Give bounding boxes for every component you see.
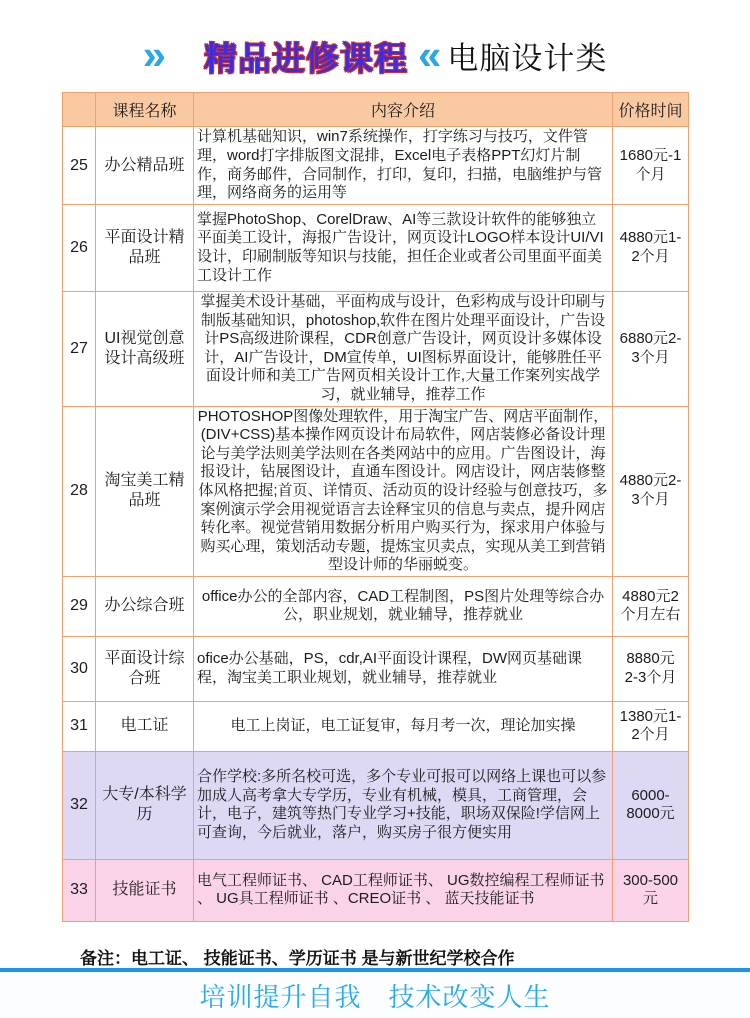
page-footer: 培训提升自我 技术改变人生	[0, 968, 750, 1018]
page-subtitle: 电脑设计类	[447, 43, 607, 74]
course-name: 电工证	[96, 701, 194, 751]
course-content: office办公的全部内容，CAD工程制图，PS图片处理等综合办公，职业规划，就…	[194, 576, 613, 636]
course-content: 合作学校:多所名校可选，多个专业可报可以网络上课也可以参加成人高考拿大专学历，专…	[194, 751, 613, 859]
course-number: 33	[63, 859, 96, 921]
course-number: 31	[63, 701, 96, 751]
slogan-bar: 培训提升自我 技术改变人生	[0, 972, 750, 1018]
table-row: 32大专/本科学历合作学校:多所名校可选，多个专业可报可以网络上课也可以参加成人…	[63, 751, 689, 859]
course-number: 32	[63, 751, 96, 859]
course-name: 技能证书	[96, 859, 194, 921]
course-content: 电气工程师证书、 CAD工程师证书、 UG数控编程工程师证书 、 UG具工程师证…	[194, 859, 613, 921]
course-price: 1680元-1个月	[613, 127, 689, 205]
course-number: 27	[63, 292, 96, 407]
course-table: 课程名称 内容介绍 价格时间 25办公精品班计算机基础知识，win7系统操作，打…	[62, 92, 689, 922]
course-price: 4880元1-2个月	[613, 205, 689, 292]
course-name: 办公精品班	[96, 127, 194, 205]
course-number: 26	[63, 205, 96, 292]
double-chevron-right-icon: »	[143, 34, 166, 76]
column-header-index	[63, 93, 96, 127]
course-content: 计算机基础知识，win7系统操作，打字练习与技巧，文件管理，word打字排版图文…	[194, 127, 613, 205]
page-header: » 精品进修课程 « 电脑设计类	[0, 0, 750, 84]
table-row: 26平面设计精品班掌握PhotoShop、CorelDraw、AI等三款设计软件…	[63, 205, 689, 292]
course-number: 29	[63, 576, 96, 636]
course-content: PHOTOSHOP图像处理软件，用于淘宝广告、网店平面制作，(DIV+CSS)基…	[194, 406, 613, 576]
course-content: 电工上岗证，电工证复审，每月考一次，理论加实操	[194, 701, 613, 751]
course-number: 28	[63, 406, 96, 576]
double-chevron-left-icon: «	[418, 34, 441, 76]
table-row: 33技能证书电气工程师证书、 CAD工程师证书、 UG数控编程工程师证书 、 U…	[63, 859, 689, 921]
table-row: 27UI视觉创意设计高级班掌握美术设计基础，平面构成与设计，色彩构成与设计印刷与…	[63, 292, 689, 407]
column-header-course-name: 课程名称	[96, 93, 194, 127]
column-header-content: 内容介绍	[194, 93, 613, 127]
page-title: 精品进修课程	[204, 42, 408, 75]
course-name: UI视觉创意设计高级班	[96, 292, 194, 407]
table-header-row: 课程名称 内容介绍 价格时间	[63, 93, 689, 127]
slogan-text: 培训提升自我 技术改变人生	[199, 977, 550, 1014]
course-name: 平面设计综合班	[96, 636, 194, 701]
table-row: 30平面设计综合班ofice办公基础，PS，cdr,AI平面设计课程，DW网页基…	[63, 636, 689, 701]
course-price: 6000-8000元	[613, 751, 689, 859]
course-content: 掌握美术设计基础，平面构成与设计，色彩构成与设计印刷与制版基础知识，photos…	[194, 292, 613, 407]
course-name: 大专/本科学历	[96, 751, 194, 859]
page: » 精品进修课程 « 电脑设计类 课程名称 内容介绍 价格时间 25办公精品班计…	[0, 0, 750, 1018]
course-price: 8880元 2-3个月	[613, 636, 689, 701]
course-content: 掌握PhotoShop、CorelDraw、AI等三款设计软件的能够独立平面美工…	[194, 205, 613, 292]
course-price: 300-500元	[613, 859, 689, 921]
note-text: 备注：电工证、 技能证书、学历证书 是与新世纪学校合作	[80, 944, 750, 969]
course-name: 办公综合班	[96, 576, 194, 636]
table-row: 29办公综合班office办公的全部内容，CAD工程制图，PS图片处理等综合办公…	[63, 576, 689, 636]
table-row: 25办公精品班计算机基础知识，win7系统操作，打字练习与技巧，文件管理，wor…	[63, 127, 689, 205]
column-header-price: 价格时间	[613, 93, 689, 127]
table-row: 28淘宝美工精品班PHOTOSHOP图像处理软件，用于淘宝广告、网店平面制作，(…	[63, 406, 689, 576]
course-price: 4880元2个月左右	[613, 576, 689, 636]
course-name: 平面设计精品班	[96, 205, 194, 292]
course-number: 25	[63, 127, 96, 205]
course-price: 4880元2-3个月	[613, 406, 689, 576]
course-price: 6880元2-3个月	[613, 292, 689, 407]
course-content: ofice办公基础，PS，cdr,AI平面设计课程，DW网页基础课程，淘宝美工职…	[194, 636, 613, 701]
course-number: 30	[63, 636, 96, 701]
course-price: 1380元1-2个月	[613, 701, 689, 751]
table-row: 31电工证电工上岗证，电工证复审，每月考一次，理论加实操1380元1-2个月	[63, 701, 689, 751]
course-name: 淘宝美工精品班	[96, 406, 194, 576]
